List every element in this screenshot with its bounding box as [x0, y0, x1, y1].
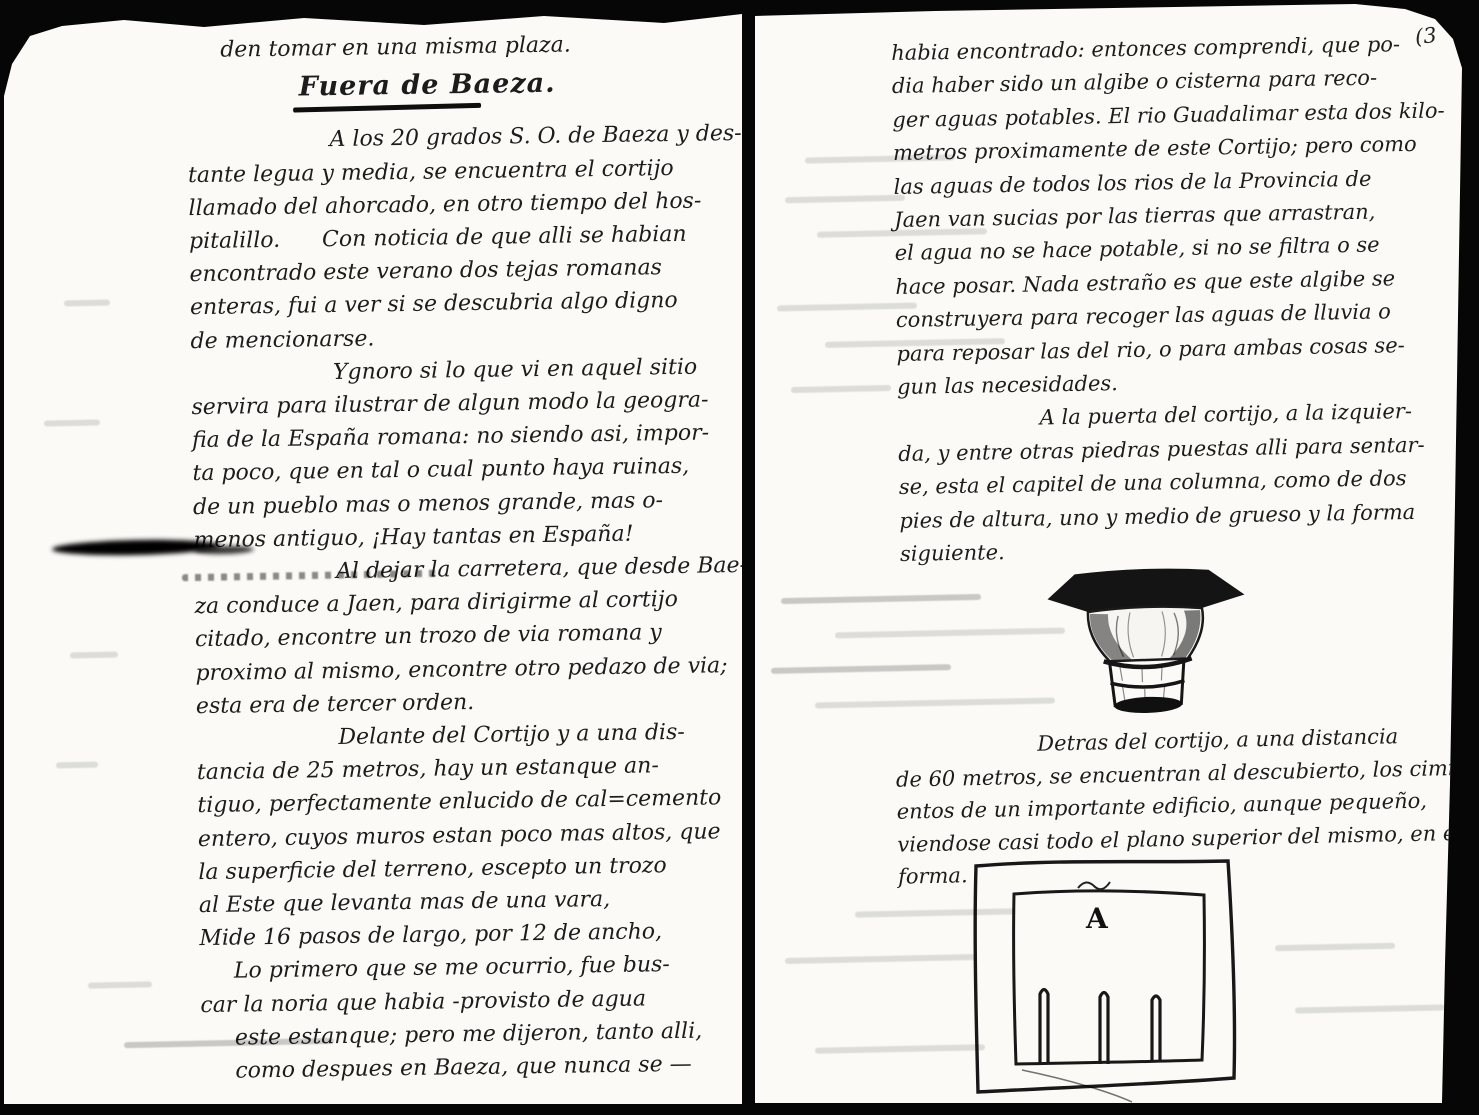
- right-page-text-top: habia encontrado: entonces comprendi, qu…: [755, 25, 1479, 574]
- heading-underline: [293, 103, 481, 113]
- plan-label: A: [1085, 902, 1109, 935]
- bleed-through-mark: [44, 419, 100, 426]
- plan-pillar: [1100, 993, 1108, 1065]
- plan-pillar: [1152, 996, 1160, 1062]
- scanned-document: den tomar en una misma plaza. Fuera de B…: [0, 0, 1479, 1115]
- bleed-through-mark: [771, 664, 951, 674]
- plan-scribble-mark: [1078, 882, 1110, 889]
- right-page-lines-top: habia encontrado: entonces comprendi, qu…: [891, 25, 1479, 572]
- bleed-through-mark: [781, 594, 981, 604]
- column-capital-sketch: [1045, 560, 1250, 715]
- bleed-through-mark: [835, 628, 1065, 639]
- bleed-through-mark: [70, 651, 118, 658]
- bleed-through-mark: [815, 697, 1055, 708]
- bleed-through-mark: [1275, 943, 1395, 952]
- bleed-through-mark: [785, 954, 975, 964]
- right-page: (3 habia encontrado: entonces comprendi,…: [755, 4, 1462, 1103]
- foundations-plan-sketch: A: [960, 854, 1252, 1103]
- bleed-through-mark: [1295, 1004, 1445, 1013]
- plan-pillar: [1040, 990, 1048, 1065]
- bleed-through-mark: [64, 300, 110, 307]
- bleed-through-mark: [56, 762, 98, 769]
- left-page: den tomar en una misma plaza. Fuera de B…: [4, 0, 742, 1104]
